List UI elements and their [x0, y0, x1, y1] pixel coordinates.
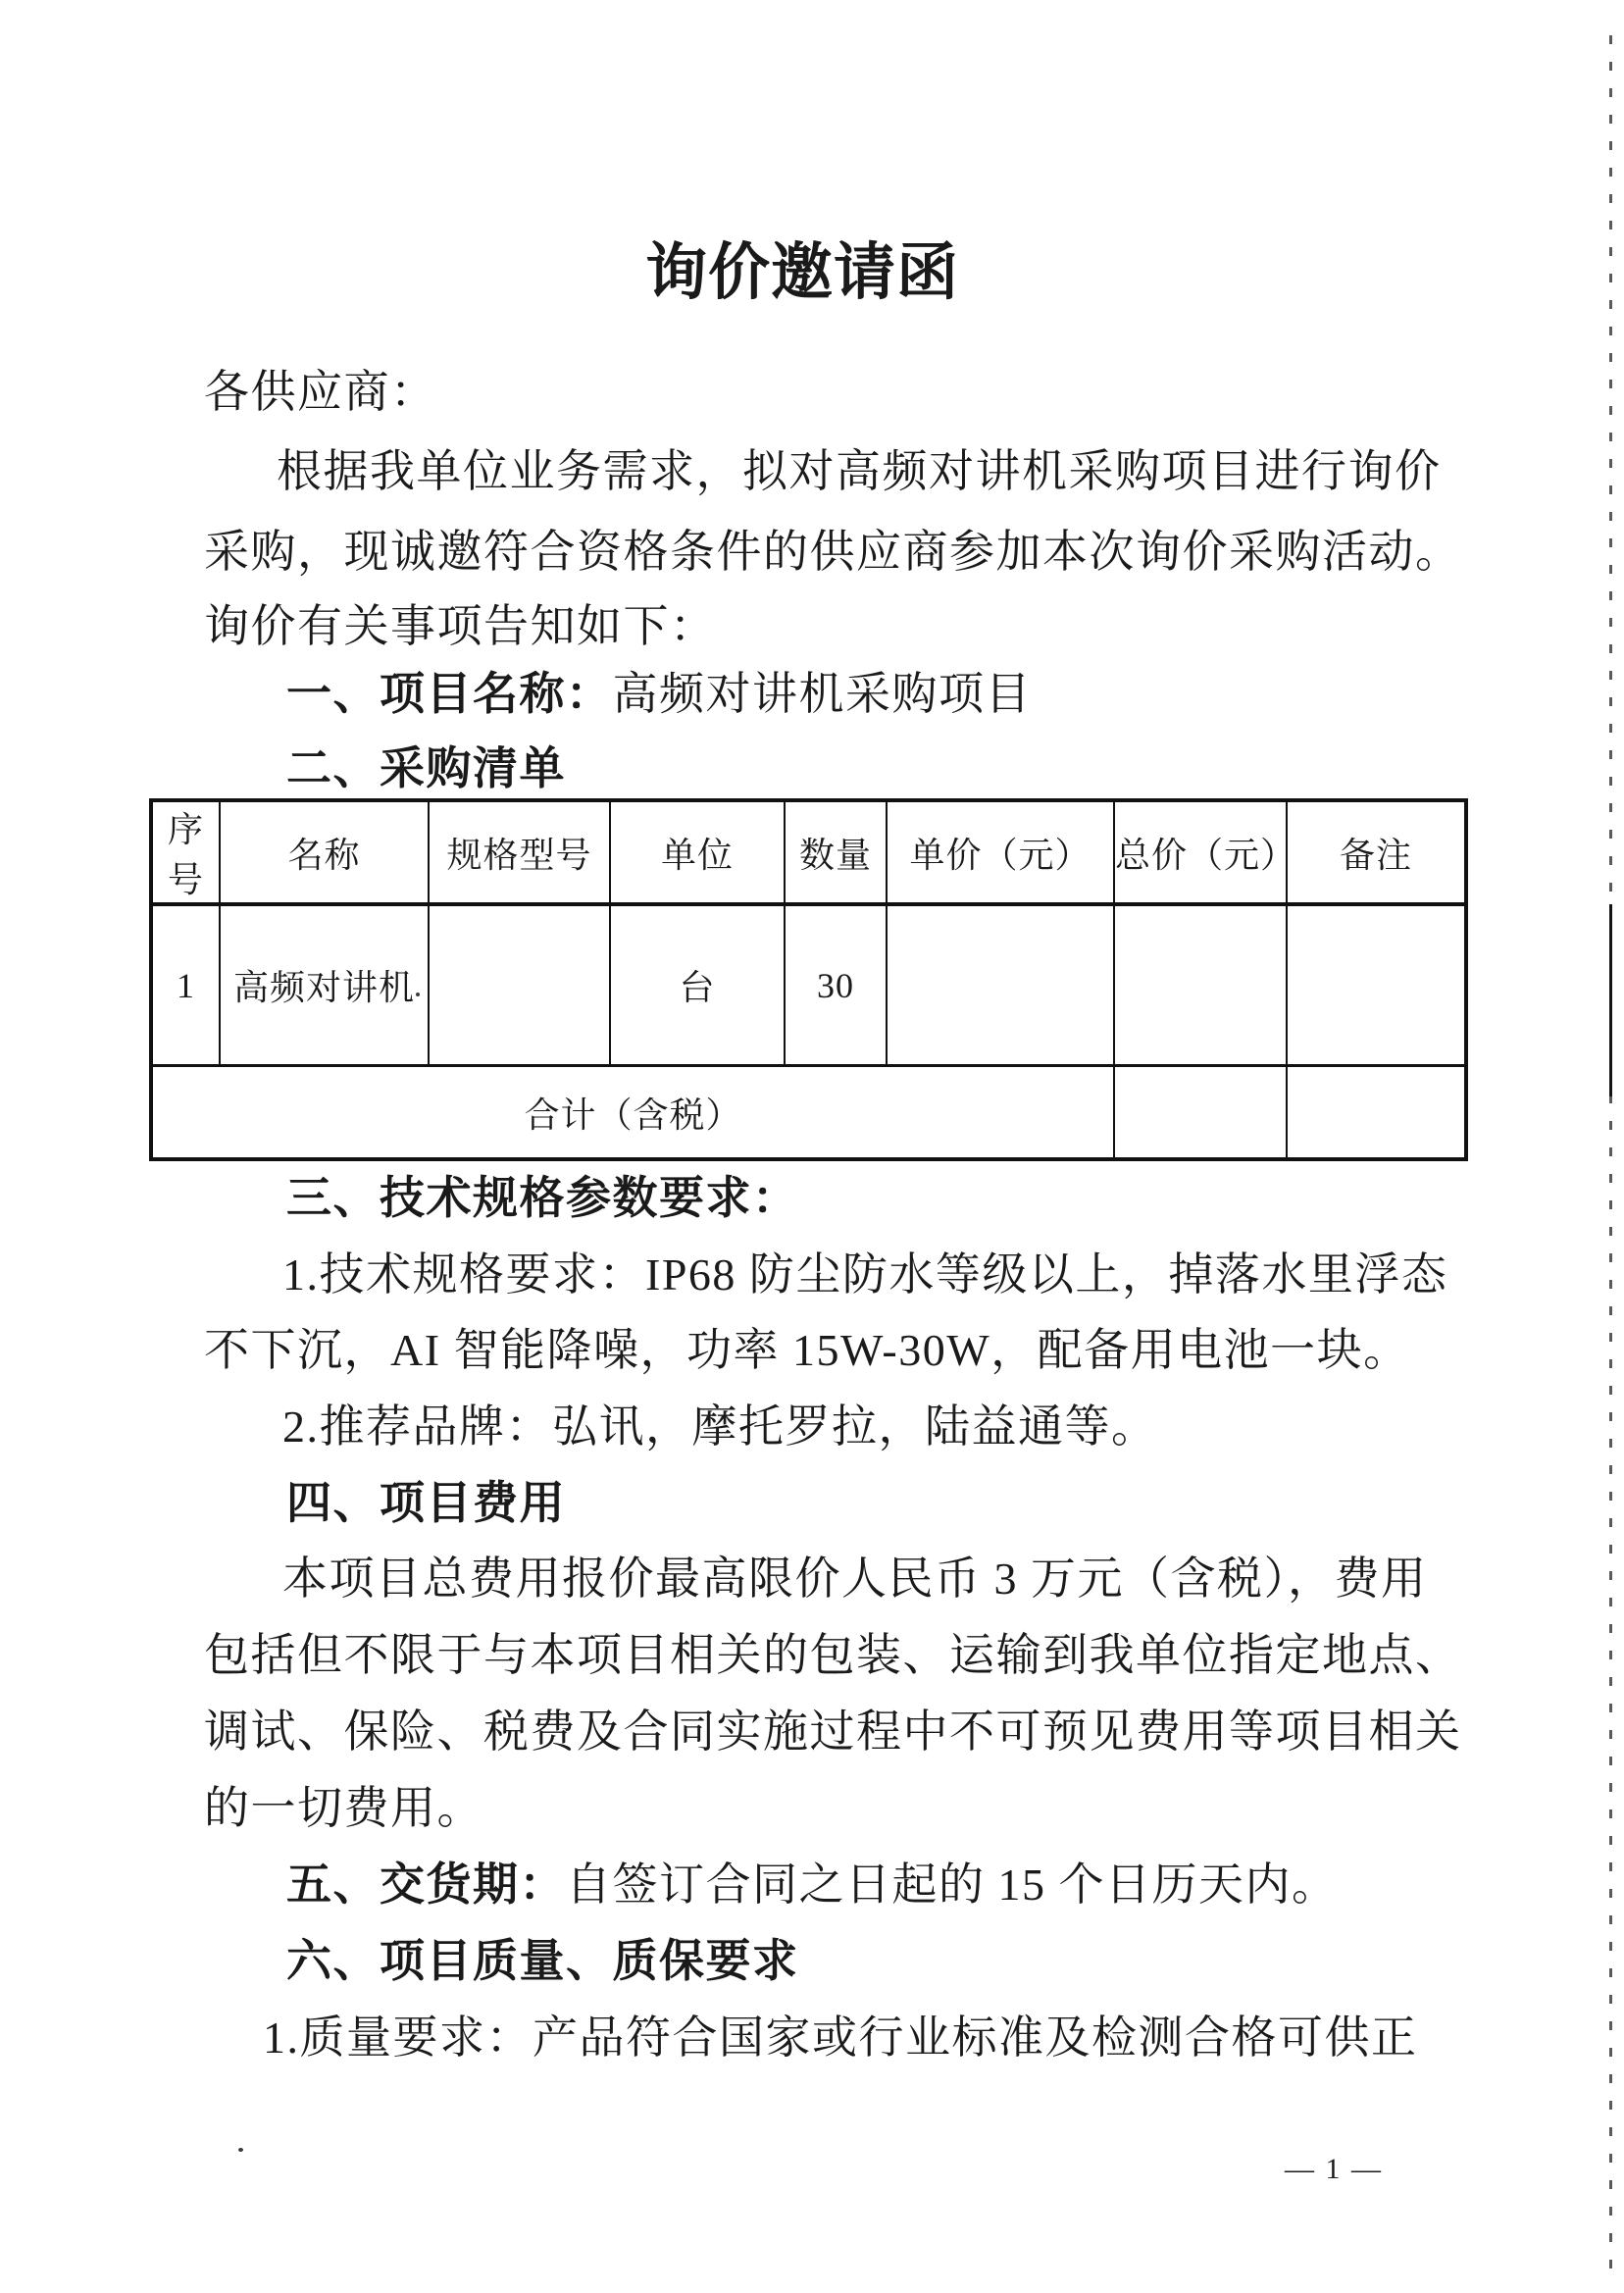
section-4-line-4: 的一切费用。	[204, 1786, 483, 1831]
section-6-heading: 六、项目质量、质保要求	[286, 1939, 799, 1984]
salutation: 各供应商：	[204, 370, 437, 415]
scanned-document-page: 询价邀请函 各供应商： 根据我单位业务需求，拟对高频对讲机采购项目进行询价 采购…	[0, 0, 1624, 2293]
section-5-value: 自签订合同之日起的 15 个日历天内。	[566, 1860, 1339, 1910]
section-3-line-2: 不下沉，AI 智能降噪，功率 15W-30W，配备用电池一块。	[204, 1328, 1410, 1373]
section-1-label: 一、项目名称：	[286, 669, 613, 719]
page-number: — 1 —	[1285, 2155, 1383, 2184]
column-header-spec: 规格型号	[429, 800, 610, 904]
column-header-unit-price: 单价（元）	[887, 800, 1114, 904]
footer-total-price	[1114, 1066, 1287, 1160]
cell-unit-price	[887, 904, 1114, 1066]
section-4-line-2: 包括但不限于与本项目相关的包装、运输到我单位指定地点、	[204, 1633, 1462, 1678]
scan-speck	[238, 2148, 243, 2152]
section-1-heading: 一、项目名称：高频对讲机采购项目	[286, 672, 1032, 717]
intro-line-2: 采购，现诚邀符合资格条件的供应商参加本次询价采购活动。	[204, 530, 1462, 575]
cell-unit: 台	[610, 904, 785, 1066]
cell-qty: 30	[785, 904, 887, 1066]
cell-name: 高频对讲机	[220, 904, 429, 1066]
cell-seq: 1	[151, 904, 220, 1066]
scan-artifact-line-solid	[1609, 904, 1612, 1096]
section-4-heading: 四、项目费用	[286, 1481, 566, 1526]
section-1-value: 高频对讲机采购项目	[613, 669, 1033, 719]
section-3-line-1: 1.技术规格要求：IP68 防尘防水等级以上，掉落水里浮态	[282, 1252, 1447, 1298]
intro-line-3: 询价有关事项告知如下：	[204, 604, 717, 649]
table-header-row: 序号 名称 规格型号 单位 数量 单价（元） 总价（元） 备注	[151, 800, 1466, 904]
table-row: 1 高频对讲机 台 30	[151, 904, 1466, 1066]
document-title: 询价邀请函	[645, 242, 959, 304]
intro-line-1: 根据我单位业务需求，拟对高频对讲机采购项目进行询价	[277, 449, 1442, 494]
scan-artifact-line	[1609, 35, 1612, 2271]
cell-spec	[429, 904, 610, 1066]
table-footer-row: 合计（含税）	[151, 1066, 1466, 1160]
section-6-line-1: 1.质量要求：产品符合国家或行业标准及检测合格可供正	[263, 2015, 1418, 2061]
purchase-list-table: 序号 名称 规格型号 单位 数量 单价（元） 总价（元） 备注 1 高频对讲机 …	[149, 798, 1468, 1161]
scan-speck	[416, 993, 420, 996]
section-5-label: 五、交货期：	[286, 1860, 566, 1910]
column-header-unit: 单位	[610, 800, 785, 904]
section-4-line-1: 本项目总费用报价最高限价人民币 3 万元（含税），费用	[282, 1556, 1428, 1602]
section-3-line-3: 2.推荐品牌：弘讯，摩托罗拉，陆益通等。	[282, 1404, 1158, 1450]
cell-remark	[1287, 904, 1466, 1066]
section-5-heading: 五、交货期：自签订合同之日起的 15 个日历天内。	[286, 1862, 1339, 1908]
column-header-remark: 备注	[1287, 800, 1466, 904]
column-header-total-price: 总价（元）	[1114, 800, 1287, 904]
column-header-name: 名称	[220, 800, 429, 904]
column-header-qty: 数量	[785, 800, 887, 904]
footer-total-label: 合计（含税）	[151, 1066, 1114, 1160]
cell-total-price	[1114, 904, 1287, 1066]
column-header-seq: 序号	[151, 800, 220, 904]
section-3-heading: 三、技术规格参数要求：	[286, 1176, 799, 1221]
footer-remark	[1287, 1066, 1466, 1160]
section-2-heading: 二、采购清单	[286, 746, 566, 791]
section-4-line-3: 调试、保险、税费及合同实施过程中不可预见费用等项目相关	[204, 1709, 1462, 1755]
